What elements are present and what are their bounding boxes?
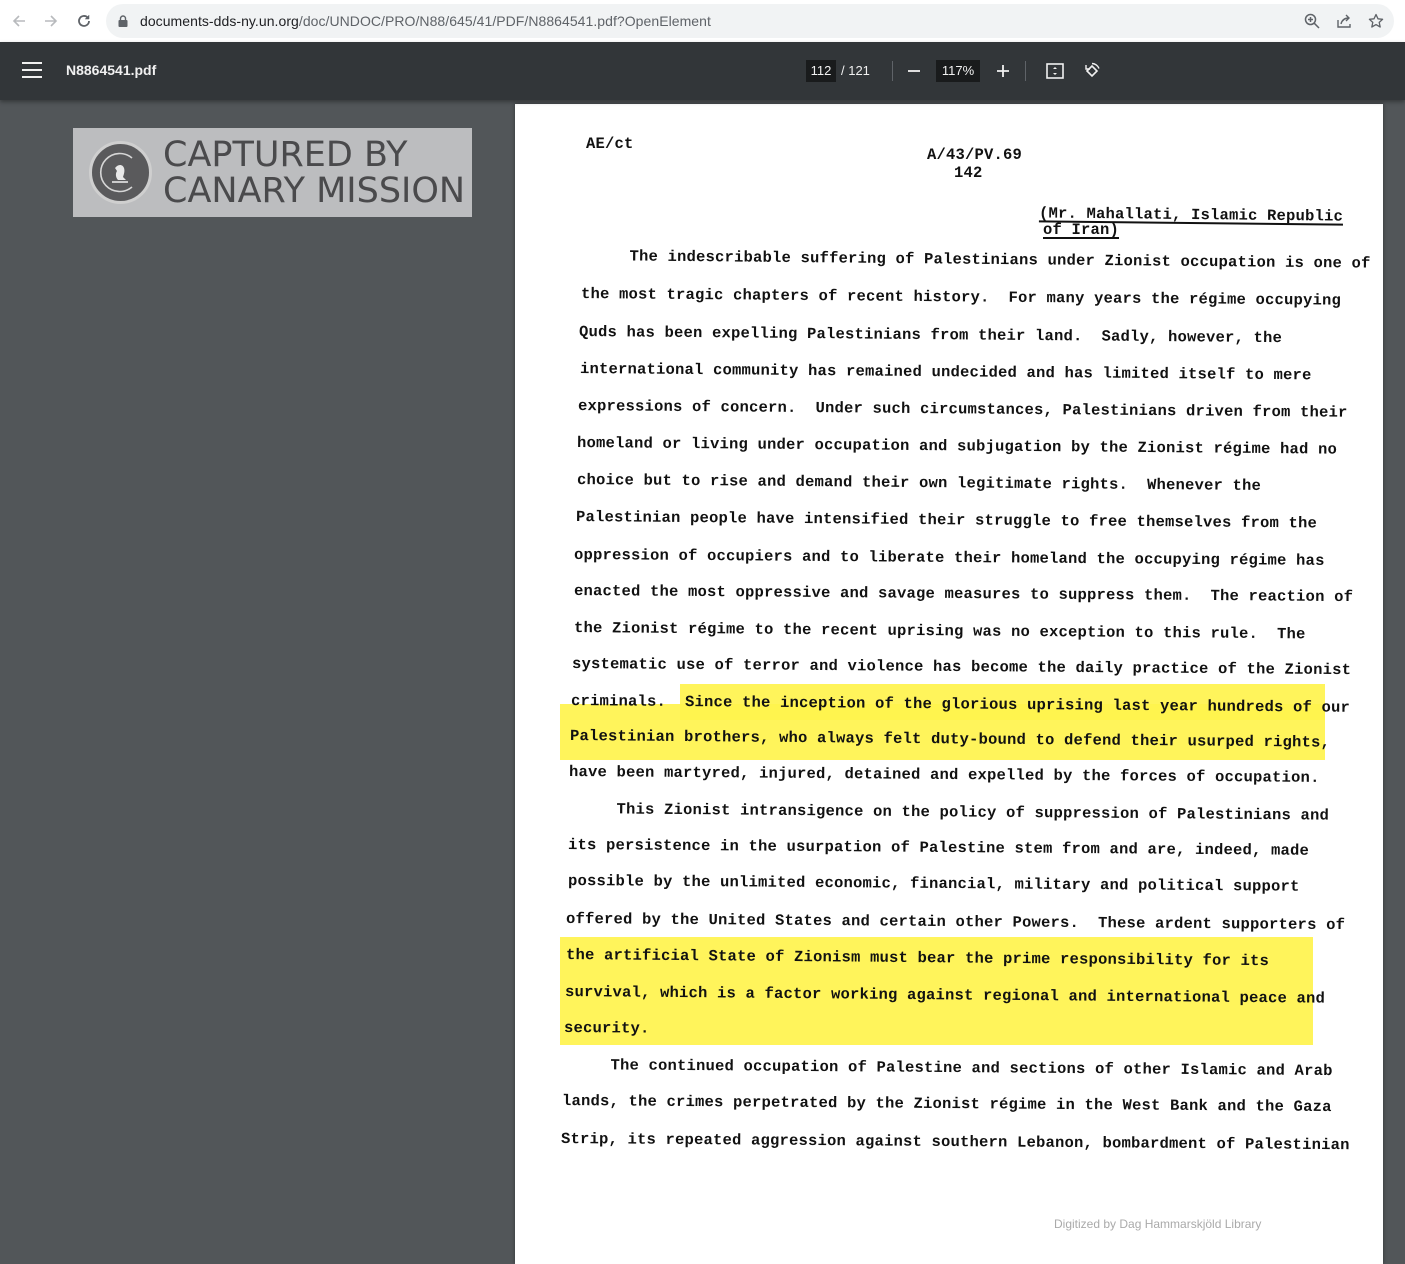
zoom-in-button[interactable] [989, 57, 1017, 85]
lock-icon [118, 15, 128, 27]
canary-logo-icon [89, 141, 152, 204]
document-title: N8864541.pdf [66, 62, 156, 78]
page-number-input[interactable]: 112 [806, 60, 836, 82]
share-icon [1336, 13, 1352, 29]
browser-toolbar: documents-dds-ny.un.org/doc/UNDOC/PRO/N8… [0, 0, 1405, 42]
document-text-line: oppression of occupiers and to liberate … [574, 546, 1325, 570]
pdf-viewer-toolbar: N8864541.pdf 112 / 121 117% [0, 42, 1405, 100]
menu-icon[interactable] [22, 62, 42, 80]
forward-button[interactable] [38, 8, 64, 34]
document-text-line: Palestinian people have intensified thei… [576, 508, 1317, 532]
document-text-line: its persistence in the usurpation of Pal… [568, 836, 1309, 860]
zoom-level-input[interactable]: 117% [936, 60, 980, 82]
document-text-line: international community has remained und… [580, 360, 1312, 384]
toolbar-divider [1025, 61, 1026, 81]
document-page-number: 142 [954, 164, 983, 182]
bookmark-button[interactable] [1366, 11, 1386, 31]
document-text-line: This Zionist intransigence on the policy… [569, 800, 1329, 825]
document-text-line: systematic use of terror and violence ha… [572, 655, 1351, 679]
share-button[interactable] [1334, 11, 1354, 31]
zoom-button[interactable] [1302, 11, 1322, 31]
document-text-line: the Zionist régime to the recent uprisin… [574, 619, 1306, 643]
document-text-line: homeland or living under occupation and … [577, 434, 1337, 459]
zoom-out-button[interactable] [900, 57, 928, 85]
back-icon [11, 13, 27, 29]
toolbar-divider [892, 61, 893, 81]
zoom-icon [1304, 13, 1320, 29]
reload-button[interactable] [71, 8, 97, 34]
fit-page-icon [1046, 63, 1064, 79]
pdf-page: AE/ct A/43/PV.69 142 (Mr. Mahallati, Isl… [515, 104, 1383, 1245]
document-text-line: choice but to rise and demand their own … [577, 471, 1261, 495]
document-symbol: A/43/PV.69 [927, 146, 1022, 164]
document-text-line: offered by the United States and certain… [566, 910, 1345, 934]
document-text-line: the most tragic chapters of recent histo… [581, 285, 1341, 310]
document-text-line: enacted the most oppressive and savage m… [574, 582, 1353, 606]
speaker-line: of Iran) [1043, 221, 1119, 239]
document-text-line: Quds has been expelling Palestinians fro… [579, 323, 1282, 347]
minus-icon [907, 64, 921, 78]
document-text-line: possible by the unlimited economic, fina… [568, 872, 1300, 896]
rotate-icon [1083, 62, 1101, 80]
document-text-line: lands, the crimes perpetrated by the Zio… [562, 1092, 1332, 1116]
back-button[interactable] [6, 8, 32, 34]
forward-icon [43, 13, 59, 29]
bookmark-star-icon [1368, 13, 1384, 29]
document-text-line: The indescribable suffering of Palestini… [582, 247, 1371, 273]
document-text-line: have been martyred, injured, detained an… [569, 763, 1320, 787]
rotate-button[interactable] [1078, 57, 1106, 85]
page-total: / 121 [841, 63, 870, 78]
plus-icon [996, 64, 1010, 78]
url-text: documents-dds-ny.un.org/doc/UNDOC/PRO/N8… [140, 13, 711, 29]
fit-to-page-button[interactable] [1041, 57, 1069, 85]
address-bar[interactable]: documents-dds-ny.un.org/doc/UNDOC/PRO/N8… [106, 4, 1394, 38]
document-text-line: expressions of concern. Under such circu… [578, 397, 1348, 422]
document-text-line: security. [564, 1019, 650, 1038]
document-ref: AE/ct [586, 135, 634, 153]
digitized-credit: Digitized by Dag Hammarskjöld Library [1054, 1217, 1261, 1231]
captured-watermark: CAPTURED BY CANARY MISSION [73, 128, 472, 217]
reload-icon [76, 13, 92, 29]
document-text-line: Strip, its repeated aggression against s… [561, 1130, 1350, 1154]
document-text-line: The continued occupation of Palestine an… [563, 1056, 1333, 1080]
watermark-text: CAPTURED BY CANARY MISSION [163, 137, 465, 209]
